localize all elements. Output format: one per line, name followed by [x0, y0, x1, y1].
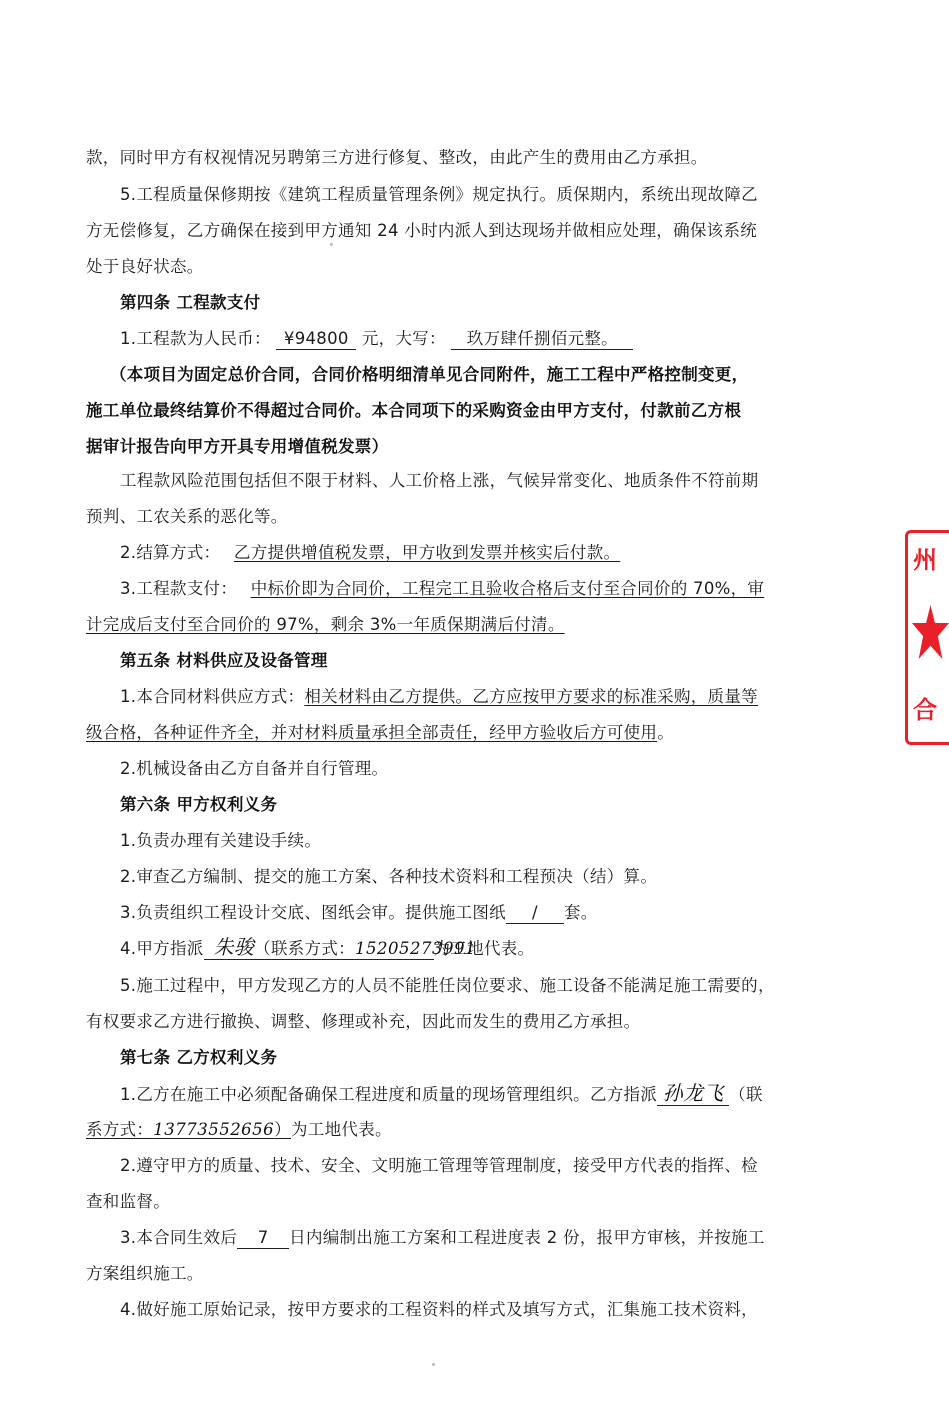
art7-item4: 4.做好施工原始记录，按甲方要求的工程资料的样式及填写方式，汇集施工技术资料，: [120, 1299, 758, 1321]
party-b-contact-value: 13773552656: [153, 1120, 274, 1139]
art5-item2: 2.机械设备由乙方自备并自行管理。: [120, 758, 388, 780]
contract-amount-field: ¥94800: [276, 329, 356, 350]
material-supply-suffix: 。: [657, 723, 674, 742]
art4-item2: 2.结算方式： 乙方提供增值税发票，甲方收到发票并核实后付款。: [120, 542, 632, 564]
art6-item4: 4.甲方指派朱骏（联系方式：15205273991为工地代表。: [120, 937, 534, 960]
article-7-heading: 第七条 乙方权利义务: [120, 1047, 277, 1069]
art4-risk-line2: 预判、工农关系的恶化等。: [86, 506, 288, 528]
party-b-rep-field: 孙龙飞: [657, 1083, 729, 1106]
art7-item3-line1: 3.本合同生效后7日内编制出施工方案和工程进度表 2 份，报甲方审核，并按施工: [120, 1227, 765, 1249]
warranty-clause-line3: 处于良好状态。: [86, 256, 204, 278]
payment-terms-value-line1: 中标价即为合同价，工程完工且验收合格后支付至合同价的 70%，审: [243, 579, 765, 598]
art5-item1-line2: 级合格，各种证件齐全，并对材料质量承担全部责任，经甲方验收后方可使用。: [86, 722, 674, 744]
drawings-label: 3.负责组织工程设计交底、图纸会审。提供施工图纸: [120, 903, 506, 922]
art6-item2: 2.审查乙方编制、提交的施工方案、各种技术资料和工程预决（结）算。: [120, 866, 657, 888]
art7-item1-line1: 1.乙方在施工中必须配备确保工程进度和质量的现场管理组织。乙方指派孙龙飞（联: [120, 1083, 763, 1106]
party-a-contact-label: （联系方式：: [254, 939, 355, 958]
party-b-contact-close: ）: [274, 1120, 291, 1139]
art7-item2-line2: 查和监督。: [86, 1191, 170, 1213]
drawings-suffix: 套。: [564, 903, 598, 922]
plan-deadline-suffix: 日内编制出施工方案和工程进度表 2 份，报甲方审核，并按施工: [289, 1228, 765, 1247]
seal-char-bottom: 合: [913, 690, 937, 725]
art4-note-line2: 施工单位最终结算价不得超过合同价。本合同项下的采购资金由甲方支付，付款前乙方根: [86, 400, 741, 422]
art4-item3-line1: 3.工程款支付： 中标价即为合同价，工程完工且验收合格后支付至合同价的 70%，…: [120, 578, 764, 600]
settlement-label: 2.结算方式：: [120, 543, 220, 562]
payment-terms-value-line2: 计完成后支付至合同价的 97%，剩余 3%一年质保期满后付清。: [86, 614, 565, 636]
article-5-heading: 第五条 材料供应及设备管理: [120, 650, 328, 672]
art4-item1-mid: 元，大写：: [362, 329, 446, 348]
settlement-method-value: 乙方提供增值税发票，甲方收到发票并核实后付款。: [226, 543, 632, 562]
warranty-clause-line2: 方无偿修复，乙方确保在接到甲方通知 24 小时内派人到达现场并做相应处理，确保该…: [86, 220, 757, 242]
material-supply-label: 1.本合同材料供应方式：: [120, 687, 304, 706]
article-6-heading: 第六条 甲方权利义务: [120, 794, 277, 816]
contract-page: 款，同时甲方有权视情况另聘第三方进行修复、整改，由此产生的费用由乙方承担。 5.…: [0, 0, 949, 1420]
art7-item2-line1: 2.遵守甲方的质量、技术、安全、文明施工管理等管理制度，接受甲方代表的指挥、检: [120, 1155, 758, 1177]
art4-note-line3: 据审计报告向甲方开具专用增值税发票）: [86, 436, 388, 458]
contract-amount-words-field: 玖万肆仟捌佰元整。: [451, 329, 633, 350]
party-b-rep-suffix: 为工地代表。: [291, 1120, 392, 1139]
plan-deadline-label: 3.本合同生效后: [120, 1228, 237, 1247]
scan-speck: [432, 1363, 435, 1366]
plan-deadline-days-field: 7: [237, 1228, 289, 1249]
art4-risk-line1: 工程款风险范围包括但不限于材料、人工价格上涨，气候异常变化、地质条件不符前期: [120, 470, 758, 492]
article-4-heading: 第四条 工程款支付: [120, 292, 260, 314]
material-supply-value-line2: 级合格，各种证件齐全，并对材料质量承担全部责任，经甲方验收后方可使用: [86, 723, 657, 742]
party-a-rep-suffix: 为工地代表。: [434, 939, 535, 958]
art6-item5-line1: 5.施工过程中，甲方发现乙方的人员不能胜任岗位要求、施工设备不能满足施工需要的，: [120, 975, 775, 997]
material-supply-value-line1: 相关材料由乙方提供。乙方应按甲方要求的标准采购，质量等: [304, 687, 758, 706]
party-b-org-text: 1.乙方在施工中必须配备确保工程进度和质量的现场管理组织。乙方指派: [120, 1085, 657, 1104]
party-a-rep-field: 朱骏（联系方式：15205273991: [204, 937, 434, 960]
seal-char-top: 州: [913, 540, 937, 575]
art6-item1: 1.负责办理有关建设手续。: [120, 830, 321, 852]
party-b-contact-label-a: （联: [729, 1085, 763, 1104]
party-a-rep-label: 4.甲方指派: [120, 939, 204, 958]
paragraph-continuation: 款，同时甲方有权视情况另聘第三方进行修复、整改，由此产生的费用由乙方承担。: [86, 147, 708, 169]
art7-item1-line2: 系方式：13773552656）为工地代表。: [86, 1119, 392, 1141]
party-a-rep-signature: 朱骏: [204, 935, 255, 959]
drawings-sets-field: /: [506, 903, 564, 924]
scan-speck: [330, 243, 333, 246]
warranty-clause-line1: 5.工程质量保修期按《建筑工程质量管理条例》规定执行。质保期内，系统出现故障乙: [120, 184, 758, 206]
art4-note-line1: （本项目为固定总价合同，合同价格明细清单见合同附件，施工工程中严格控制变更，: [110, 364, 748, 386]
art4-item1-prefix: 1.工程款为人民币：: [120, 329, 271, 348]
payment-label: 3.工程款支付：: [120, 579, 237, 598]
art6-item5-line2: 有权要求乙方进行撤换、调整、修理或补充，因此而发生的费用乙方承担。: [86, 1011, 640, 1033]
party-b-contact-label-b: 系方式：: [86, 1120, 153, 1139]
art7-item3-line2: 方案组织施工。: [86, 1263, 204, 1285]
art6-item3: 3.负责组织工程设计交底、图纸会审。提供施工图纸/套。: [120, 902, 598, 924]
party-b-rep-signature: 孙龙飞: [663, 1081, 724, 1105]
art5-item1-line1: 1.本合同材料供应方式：相关材料由乙方提供。乙方应按甲方要求的标准采购，质量等: [120, 686, 758, 708]
party-b-contact-field: 系方式：13773552656）: [86, 1120, 291, 1139]
art4-item1: 1.工程款为人民币： ¥94800 元，大写： 玖万肆仟捌佰元整。: [120, 328, 633, 350]
